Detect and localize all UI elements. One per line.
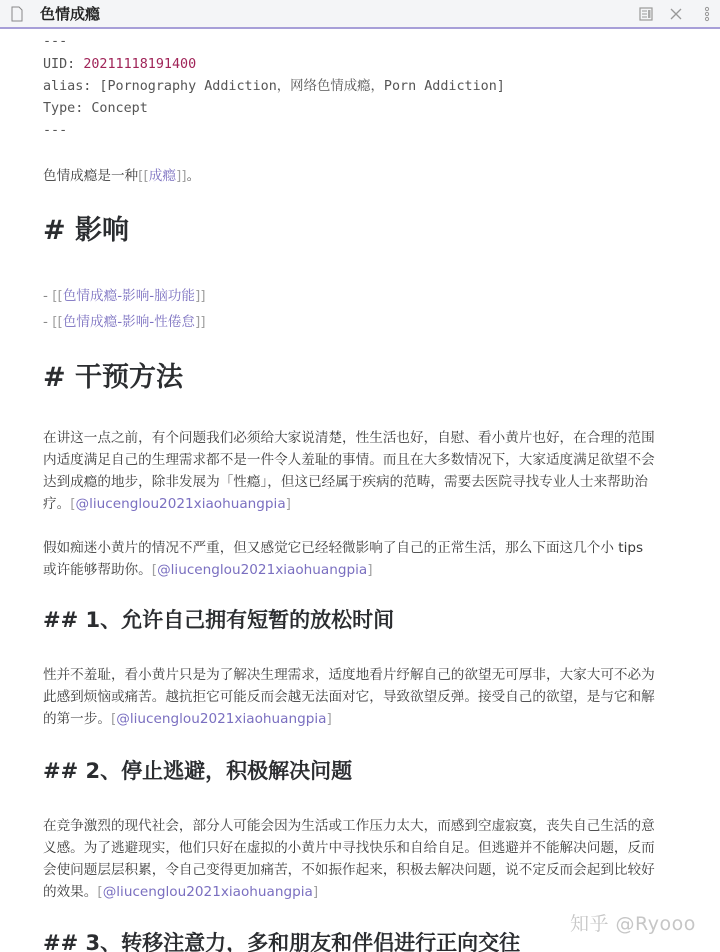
tab-header: 色情成瘾	[0, 0, 720, 29]
paragraph-2: 假如痴迷小黄片的情况不严重，但又感觉它已经轻微影响了自己的正常生活，那么下面这几…	[43, 537, 655, 581]
list-item: - [[色情成瘾-影响-脑功能]]	[43, 285, 206, 307]
citation-link[interactable]: @liucenglou2021xiaohuangpia	[76, 496, 286, 512]
wikilink-brain-function[interactable]: 色情成瘾-影响-脑功能	[63, 288, 195, 304]
intro-end: 。	[187, 168, 201, 184]
frontmatter-type: Type: Concept	[43, 98, 148, 121]
paragraph-3: 性并不羞耻，看小黄片只是为了解决生理需求，适度地看片纾解自己的欲望无可厚非，大家…	[43, 664, 655, 730]
link-bracket: [[	[52, 314, 63, 330]
citation-link[interactable]: @liucenglou2021xiaohuangpia	[157, 562, 367, 578]
frontmatter-uid: UID: 20211118191400	[43, 54, 196, 77]
wikilink-sexual-burnout[interactable]: 色情成瘾-影响-性倦怠	[63, 314, 195, 330]
heading-step-3: ## 3、转移注意力，多和朋友和伴侣进行正向交往	[43, 929, 520, 952]
link-bracket: [[	[52, 288, 63, 304]
citation-link[interactable]: @liucenglou2021xiaohuangpia	[103, 884, 313, 900]
citation-bracket: ]	[286, 496, 291, 512]
tab-title[interactable]: 色情成瘾	[40, 5, 100, 23]
list-dash: -	[43, 288, 52, 304]
more-options-icon[interactable]	[703, 6, 711, 22]
link-bracket: [[	[138, 168, 149, 184]
watermark: 知乎 @Ryooo	[570, 909, 696, 936]
reader-view-icon[interactable]	[638, 6, 654, 22]
paragraph-1: 在讲这一点之前，有个问题我们必须给大家说清楚，性生活也好，自慰、看小黄片也好，在…	[43, 427, 655, 515]
paragraph-4: 在竞争激烈的现代社会，部分人可能会因为生活或工作压力太大，而感到空虚寂寞，丧失自…	[43, 815, 655, 903]
heading-influence: # 影响	[43, 214, 129, 248]
list-item: - [[色情成瘾-影响-性倦怠]]	[43, 311, 206, 333]
list-dash: -	[43, 314, 52, 330]
frontmatter-alias: alias: [Pornography Addiction，网络色情成瘾，Por…	[43, 76, 505, 99]
heading-step-2: ## 2、停止逃避，积极解决问题	[43, 757, 352, 785]
citation-bracket: ]	[313, 884, 318, 900]
frontmatter-close: ---	[43, 120, 67, 143]
citation-link[interactable]: @liucenglou2021xiaohuangpia	[116, 711, 326, 727]
frontmatter-open: ---	[43, 31, 67, 54]
heading-step-1: ## 1、允许自己拥有短暂的放松时间	[43, 606, 394, 634]
close-icon[interactable]	[668, 6, 684, 22]
uid-value: 20211118191400	[83, 57, 196, 72]
citation-bracket: ]	[367, 562, 372, 578]
intro-paragraph: 色情成瘾是一种[[成瘾]]。	[43, 165, 655, 187]
heading-intervention: # 干预方法	[43, 361, 183, 395]
file-icon	[11, 6, 23, 22]
intro-text: 色情成瘾是一种	[43, 168, 138, 184]
wikilink-addiction[interactable]: 成瘾	[149, 168, 176, 184]
uid-key: UID:	[43, 57, 83, 72]
link-bracket: ]]	[176, 168, 187, 184]
citation-bracket: ]	[326, 711, 331, 727]
link-bracket: ]]	[195, 314, 206, 330]
link-bracket: ]]	[195, 288, 206, 304]
